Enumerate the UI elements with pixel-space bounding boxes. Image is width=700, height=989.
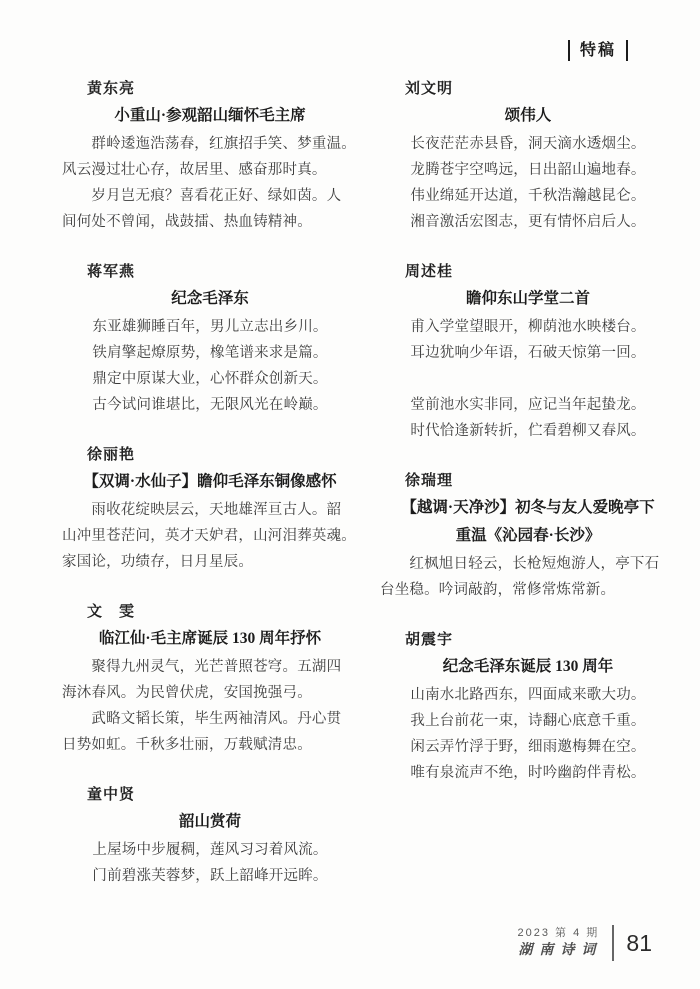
poem-author: 蒋军燕	[62, 259, 358, 285]
poem-title-line-1: 【越调·天净沙】初冬与友人爱晚亭下	[380, 494, 676, 522]
poem-author: 徐丽艳	[62, 442, 358, 468]
poem-section-wenwen: 文 雯 临江仙·毛主席诞辰 130 周年抒怀 聚得九州灵气，光芒普照苍穹。五湖四…	[62, 599, 358, 758]
poem-line: 岁月岂无痕？喜看花正好、绿如茵。人	[62, 183, 358, 209]
poem-title: 小重山·参观韶山缅怀毛主席	[62, 102, 358, 130]
journal-name: 湖南诗词	[514, 941, 602, 960]
left-column: 黄东亮 小重山·参观韶山缅怀毛主席 群岭逶迤浩荡春，红旗招手笑、梦重温。 风云漫…	[62, 76, 358, 889]
poem-title: 瞻仰东山学堂二首	[380, 285, 676, 313]
poem-title-line-2: 重温《沁园春·长沙》	[380, 522, 676, 550]
poem-line stanza-break	[380, 366, 676, 392]
poem-body: 山南水北路西东，四面咸来歌大功。 我上台前花一束，诗翻心底意千重。 闲云弄竹浮于…	[380, 682, 676, 786]
magazine-page: 特稿 黄东亮 小重山·参观韶山缅怀毛主席 群岭逶迤浩荡春，红旗招手笑、梦重温。 …	[0, 0, 700, 989]
poem-line: 红枫旭日轻云，长枪短炮游人，亭下石	[380, 551, 676, 577]
footer-issue-block: 2023 第 4 期 湖南诗词	[514, 926, 602, 960]
poem-body: 聚得九州灵气，光芒普照苍穹。五湖四 海沐春风。为民曾伏虎，安国挽强弓。 武略文韬…	[62, 654, 358, 758]
poem-section-liuwenming: 刘文明 颂伟人 长夜茫茫赤县昏，洞天滴水透烟尘。 龙腾苍宇空鸣远，日出韶山遍地春…	[380, 76, 676, 235]
poem-body: 甫入学堂望眼开，柳荫池水映楼台。 耳边犹响少年语，石破天惊第一回。 堂前池水实非…	[380, 314, 676, 444]
poem-line: 山冲里苍茫问，英才天妒君，山河泪葬英魂。	[62, 523, 358, 549]
poem-section-huangdongliang: 黄东亮 小重山·参观韶山缅怀毛主席 群岭逶迤浩荡春，红旗招手笑、梦重温。 风云漫…	[62, 76, 358, 235]
poem-line: 雨收花绽映层云，天地雄浑亘古人。韶	[62, 497, 358, 523]
poem-line: 上屋场中步履稠，莲风习习着风流。	[62, 837, 358, 863]
poem-body: 雨收花绽映层云，天地雄浑亘古人。韶 山冲里苍茫问，英才天妒君，山河泪葬英魂。 家…	[62, 497, 358, 575]
poem-body: 上屋场中步履稠，莲风习习着风流。 门前碧涨芙蓉梦，跃上韶峰开远眸。	[62, 837, 358, 889]
poem-author: 徐瑞理	[380, 468, 676, 494]
poem-line: 时代恰逢新转折，伫看碧柳又春风。	[380, 418, 676, 444]
poem-body: 东亚雄狮睡百年，男儿立志出乡川。 铁肩擎起燎原势，橡笔谱来求是篇。 鼎定中原谋大…	[62, 314, 358, 418]
poem-line: 间何处不曾闻，战鼓擂、热血铸精神。	[62, 209, 358, 235]
section-tag: 特稿	[568, 40, 628, 61]
poem-line: 闲云弄竹浮于野，细雨邀梅舞在空。	[380, 734, 676, 760]
poem-line: 东亚雄狮睡百年，男儿立志出乡川。	[62, 314, 358, 340]
poem-line: 铁肩擎起燎原势，橡笔谱来求是篇。	[62, 340, 358, 366]
poem-title: 韶山赏荷	[62, 808, 358, 836]
poem-title: 纪念毛泽东	[62, 285, 358, 313]
poem-line: 门前碧涨芙蓉梦，跃上韶峰开远眸。	[62, 863, 358, 889]
footer-divider	[612, 925, 614, 961]
page-header: 特稿	[0, 40, 656, 61]
poem-author: 童中贤	[62, 782, 358, 808]
poem-section-tongzhongxian: 童中贤 韶山赏荷 上屋场中步履稠，莲风习习着风流。 门前碧涨芙蓉梦，跃上韶峰开远…	[62, 782, 358, 889]
poem-section-xuruili: 徐瑞理 【越调·天净沙】初冬与友人爱晚亭下 重温《沁园春·长沙》 红枫旭日轻云，…	[380, 468, 676, 603]
poem-author: 文 雯	[62, 599, 358, 625]
poem-line: 长夜茫茫赤县昏，洞天滴水透烟尘。	[380, 131, 676, 157]
poem-line: 聚得九州灵气，光芒普照苍穹。五湖四	[62, 654, 358, 680]
poem-author: 黄东亮	[62, 76, 358, 102]
poem-line: 山南水北路西东，四面咸来歌大功。	[380, 682, 676, 708]
poem-line: 台坐稳。吟词敲韵，常修常炼常新。	[380, 577, 676, 603]
poem-body: 长夜茫茫赤县昏，洞天滴水透烟尘。 龙腾苍宇空鸣远，日出韶山遍地春。 伟业绵延开达…	[380, 131, 676, 235]
poem-line: 风云漫过壮心存，故居里、感奋那时真。	[62, 157, 358, 183]
poem-line: 群岭逶迤浩荡春，红旗招手笑、梦重温。	[62, 131, 358, 157]
poem-line: 武略文韬长策，毕生两袖清风。丹心贯	[62, 706, 358, 732]
poem-title: 纪念毛泽东诞辰 130 周年	[380, 653, 676, 681]
poem-section-jiangjunyan: 蒋军燕 纪念毛泽东 东亚雄狮睡百年，男儿立志出乡川。 铁肩擎起燎原势，橡笔谱来求…	[62, 259, 358, 418]
poem-line: 鼎定中原谋大业，心怀群众创新天。	[62, 366, 358, 392]
poem-section-huzhenyu: 胡震宇 纪念毛泽东诞辰 130 周年 山南水北路西东，四面咸来歌大功。 我上台前…	[380, 627, 676, 786]
poem-line: 唯有泉流声不绝，时吟幽韵伴青松。	[380, 760, 676, 786]
poem-line: 甫入学堂望眼开，柳荫池水映楼台。	[380, 314, 676, 340]
poem-line: 耳边犹响少年语，石破天惊第一回。	[380, 340, 676, 366]
poem-line: 古今试问谁堪比，无限风光在岭巅。	[62, 392, 358, 418]
poem-author: 胡震宇	[380, 627, 676, 653]
poem-line: 家国论，功绩存，日月星辰。	[62, 549, 358, 575]
right-column: 刘文明 颂伟人 长夜茫茫赤县昏，洞天滴水透烟尘。 龙腾苍宇空鸣远，日出韶山遍地春…	[380, 76, 676, 889]
poem-line: 我上台前花一束，诗翻心底意千重。	[380, 708, 676, 734]
poem-line: 龙腾苍宇空鸣远，日出韶山遍地春。	[380, 157, 676, 183]
page-footer: 2023 第 4 期 湖南诗词 81	[514, 925, 652, 961]
poem-section-xuliyan: 徐丽艳 【双调·水仙子】瞻仰毛泽东铜像感怀 雨收花绽映层云，天地雄浑亘古人。韶 …	[62, 442, 358, 575]
poem-section-zhoushugui: 周述桂 瞻仰东山学堂二首 甫入学堂望眼开，柳荫池水映楼台。 耳边犹响少年语，石破…	[380, 259, 676, 444]
poem-line: 伟业绵延开达道，千秋浩瀚越昆仑。	[380, 183, 676, 209]
poem-line: 湘音激活宏图志，更有情怀启后人。	[380, 209, 676, 235]
poem-line: 海沐春风。为民曾伏虎，安国挽强弓。	[62, 680, 358, 706]
poem-body: 群岭逶迤浩荡春，红旗招手笑、梦重温。 风云漫过壮心存，故居里、感奋那时真。 岁月…	[62, 131, 358, 235]
poem-columns: 黄东亮 小重山·参观韶山缅怀毛主席 群岭逶迤浩荡春，红旗招手笑、梦重温。 风云漫…	[62, 76, 676, 889]
page-number: 81	[626, 925, 652, 961]
poem-title: 【双调·水仙子】瞻仰毛泽东铜像感怀	[62, 468, 358, 496]
poem-title: 临江仙·毛主席诞辰 130 周年抒怀	[62, 625, 358, 653]
issue-info: 2023 第 4 期	[514, 926, 602, 941]
poem-body: 红枫旭日轻云，长枪短炮游人，亭下石 台坐稳。吟词敲韵，常修常炼常新。	[380, 551, 676, 603]
poem-line: 堂前池水实非同，应记当年起蛰龙。	[380, 392, 676, 418]
poem-author: 周述桂	[380, 259, 676, 285]
poem-title: 颂伟人	[380, 102, 676, 130]
poem-author: 刘文明	[380, 76, 676, 102]
poem-line: 日势如虹。千秋多壮丽，万载赋清忠。	[62, 732, 358, 758]
